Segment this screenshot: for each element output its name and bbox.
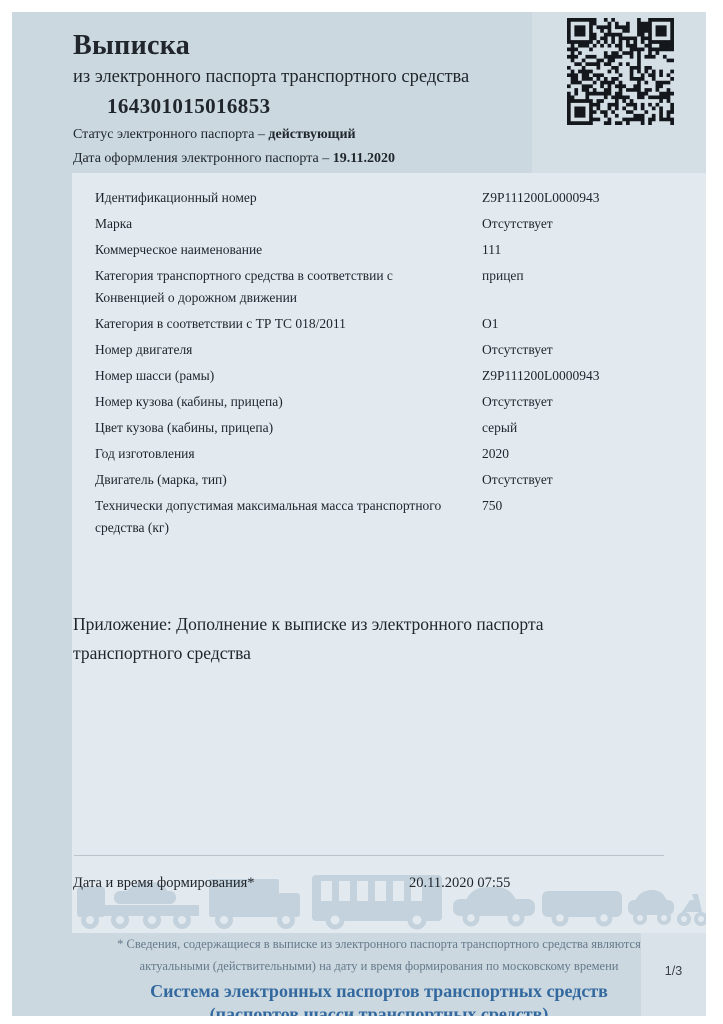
generation-label: Дата и время формирования* — [73, 875, 255, 891]
attachment-note: Приложение: Дополнение к выписке из элек… — [73, 610, 633, 668]
table-row: Год изготовления2020 — [72, 443, 706, 465]
page-subtitle: из электронного паспорта транспортного с… — [73, 64, 469, 90]
table-row: Категория в соответствии с ТР ТС 018/201… — [72, 313, 706, 335]
footnote-line-1: * Сведения, содержащиеся в выписке из эл… — [52, 934, 706, 956]
field-value: 2020 — [482, 443, 509, 465]
table-row: Двигатель (марка, тип)Отсутствует — [72, 469, 706, 491]
field-label: Коммерческое наименование — [95, 239, 457, 261]
generation-row: Дата и время формирования* 20.11.2020 07… — [73, 872, 693, 894]
field-label: Номер шасси (рамы) — [95, 365, 457, 387]
page-indicator: 1/3 — [641, 964, 706, 978]
field-label: Год изготовления — [95, 443, 457, 465]
status-line: Статус электронного паспорта – действующ… — [73, 124, 356, 146]
generation-value: 20.11.2020 07:55 — [409, 872, 510, 894]
page-title: Выписка — [73, 28, 190, 64]
table-row: Идентификационный номерZ9P111200L0000943 — [72, 187, 706, 209]
field-value: Z9P111200L0000943 — [482, 365, 600, 387]
vehicle-silhouettes-icon — [72, 857, 706, 933]
field-value: Отсутствует — [482, 469, 553, 491]
table-row: Цвет кузова (кабины, прицепа)серый — [72, 417, 706, 439]
passport-number: 164301015016853 — [107, 92, 271, 120]
document-page: Выписка из электронного паспорта транспо… — [12, 12, 706, 1016]
table-row: МаркаОтсутствует — [72, 213, 706, 235]
field-label: Двигатель (марка, тип) — [95, 469, 457, 491]
field-value: 750 — [482, 495, 502, 517]
field-value: Отсутствует — [482, 339, 553, 361]
field-value: Z9P111200L0000943 — [482, 187, 600, 209]
issue-date-line: Дата оформления электронного паспорта – … — [73, 148, 395, 170]
table-row: Номер кузова (кабины, прицепа)Отсутствуе… — [72, 391, 706, 413]
field-label: Категория транспортного средства в соотв… — [95, 265, 457, 309]
field-label: Номер кузова (кабины, прицепа) — [95, 391, 457, 413]
issue-date-value: 19.11.2020 — [333, 151, 395, 166]
table-row: Категория транспортного средства в соотв… — [72, 265, 706, 309]
field-value: Отсутствует — [482, 213, 553, 235]
field-value: O1 — [482, 313, 499, 335]
field-label: Цвет кузова (кабины, прицепа) — [95, 417, 457, 439]
field-label: Номер двигателя — [95, 339, 457, 361]
table-row: Номер двигателяОтсутствует — [72, 339, 706, 361]
table-row: Коммерческое наименование111 — [72, 239, 706, 261]
status-label: Статус электронного паспорта – — [73, 127, 268, 142]
field-value: прицеп — [482, 265, 524, 287]
separator-line — [74, 855, 664, 856]
field-label: Марка — [95, 213, 457, 235]
field-label: Технически допустимая максимальная масса… — [95, 495, 457, 539]
table-row: Технически допустимая максимальная масса… — [72, 495, 706, 539]
status-value: действующий — [268, 127, 355, 142]
system-name-line-2: (паспортов шасси транспортных средств) — [52, 1003, 706, 1016]
system-name-line-1: Система электронных паспортов транспортн… — [52, 980, 706, 1003]
qr-code-icon — [567, 18, 674, 125]
issue-date-label: Дата оформления электронного паспорта – — [73, 151, 333, 166]
field-value: серый — [482, 417, 517, 439]
field-value: Отсутствует — [482, 391, 553, 413]
footer: * Сведения, содержащиеся в выписке из эл… — [52, 934, 706, 1016]
field-label: Идентификационный номер — [95, 187, 457, 209]
field-value: 111 — [482, 239, 501, 261]
footnote-line-2: актуальными (действительными) на дату и … — [52, 956, 706, 978]
fields-table: Идентификационный номерZ9P111200L0000943… — [72, 187, 706, 543]
field-label: Категория в соответствии с ТР ТС 018/201… — [95, 313, 457, 335]
table-row: Номер шасси (рамы)Z9P111200L0000943 — [72, 365, 706, 387]
